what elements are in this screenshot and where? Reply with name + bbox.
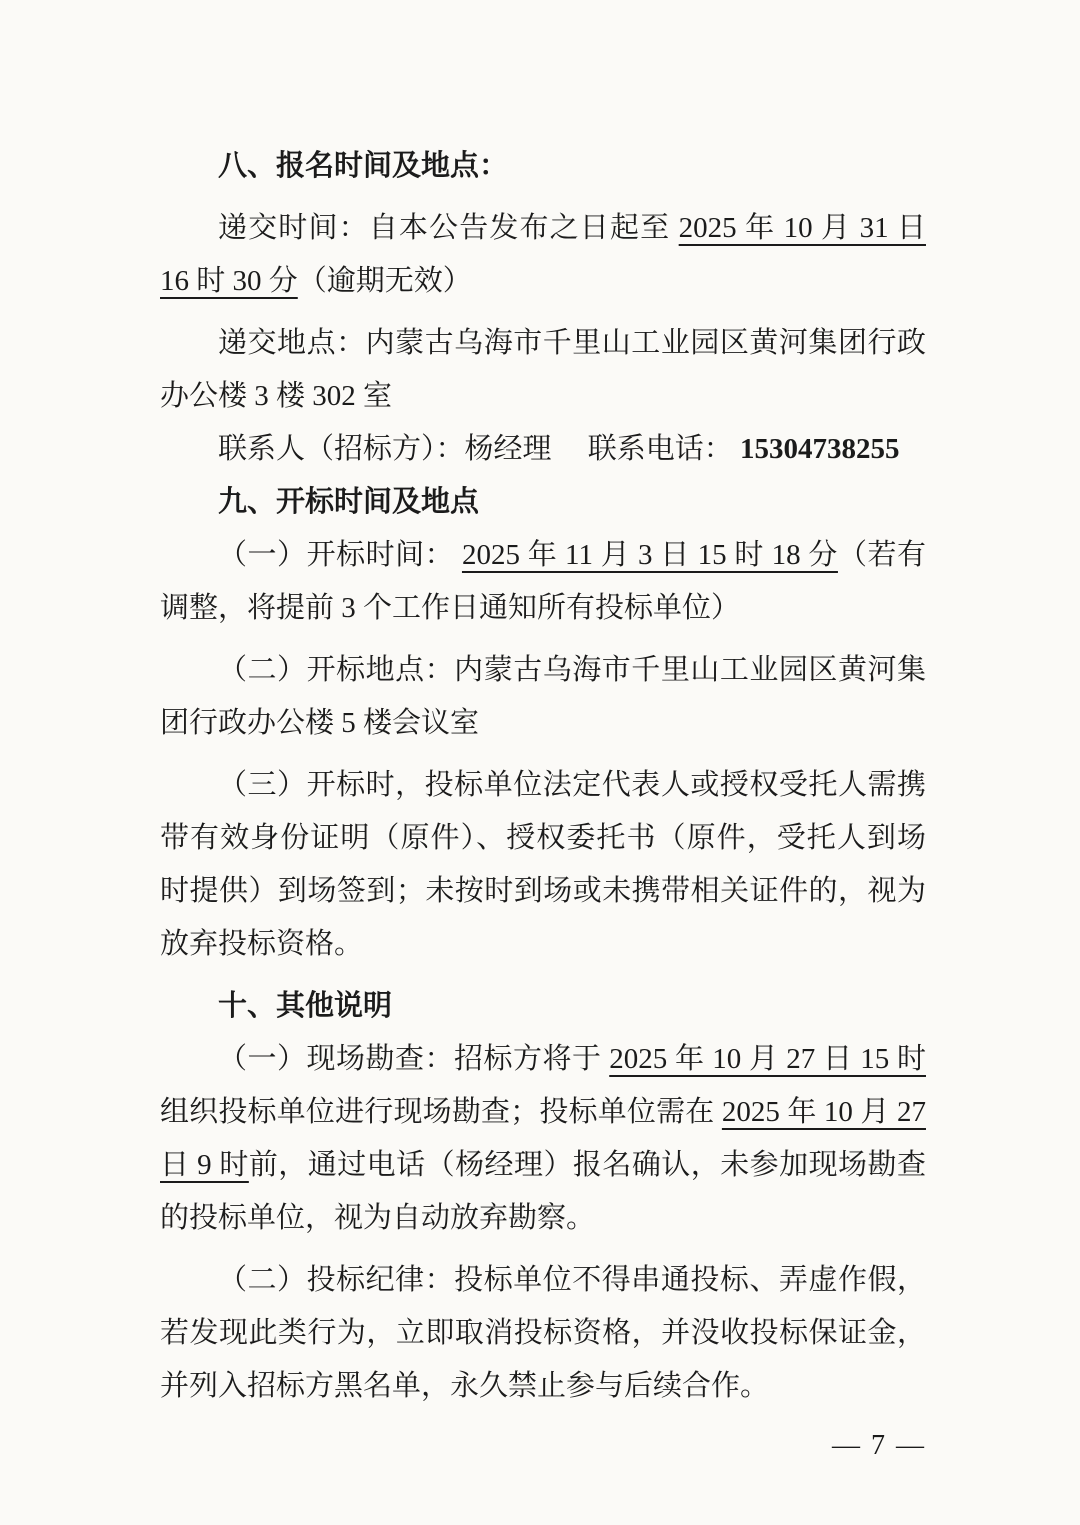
bidding-discipline-line-2: 若发现此类行为，立即取消投标资格，并没收投标保证金， [160,1307,926,1360]
scanned-document-page: 八、报名时间及地点： 递交时间：自本公告发布之日起至 2025 年 10 月 3… [0,0,1080,1525]
contact-phone: 15304738255 [740,433,900,465]
opening-venue-line-1: （二）开标地点：内蒙古乌海市千里山工业园区黄河集 [160,644,926,697]
discipline-text: 若发现此类行为，立即取消投标资格，并没收投标保证金， [160,1317,926,1349]
site-survey-date: 2025 年 10 月 27 日 15 时 [609,1043,926,1075]
site-survey-line-2: 组织投标单位进行现场勘查；投标单位需在 2025 年 10 月 27 [160,1086,926,1139]
page-number-label: — 7 — [832,1430,926,1461]
submission-address-line-1: 递交地点：内蒙古乌海市千里山工业园区黄河集团行政 [160,317,926,370]
heading-text: 八、报名时间及地点： [218,150,508,182]
contact-label: 联系人（招标方）：杨经理 联系电话： [218,433,740,465]
submission-deadline-date: 2025 年 10 月 31 日 [679,212,926,244]
requirements-text: 时提供）到场签到；未按时到场或未携带相关证件的，视为 [160,875,926,907]
overdue-note: （逾期无效） [298,265,472,297]
heading-section-nine: 九、开标时间及地点 [160,476,926,529]
opening-time-label: （一）开标时间： [218,539,462,571]
heading-section-ten: 十、其他说明 [160,980,926,1033]
opening-venue-text: （二）开标地点：内蒙古乌海市千里山工业园区黄河集 [218,654,926,686]
submission-deadline-time: 16 时 30 分 [160,265,298,297]
site-survey-label: （一）现场勘查：招标方将于 [218,1043,609,1075]
document-body: 八、报名时间及地点： 递交时间：自本公告发布之日起至 2025 年 10 月 3… [0,0,1080,1472]
opening-requirements-line-1: （三）开标时，投标单位法定代表人或授权受托人需携 [160,759,926,812]
heading-text: 九、开标时间及地点 [218,486,479,518]
requirements-text: 放弃投标资格。 [160,928,363,960]
requirements-text: 带有效身份证明（原件）、授权委托书（原件，受托人到场 [160,822,926,854]
opening-requirements-line-2: 带有效身份证明（原件）、授权委托书（原件，受托人到场 [160,812,926,865]
heading-text: 十、其他说明 [218,990,392,1022]
opening-venue-line-2: 团行政办公楼 5 楼会议室 [160,697,926,750]
opening-venue-room: 团行政办公楼 5 楼会议室 [160,707,479,739]
contact-line: 联系人（招标方）：杨经理 联系电话： 15304738255 [160,423,926,476]
site-survey-confirm-date: 2025 年 10 月 27 [722,1096,926,1128]
opening-time-line-2: 调整，将提前 3 个工作日通知所有投标单位） [160,582,926,635]
bidding-discipline-line-1: （二）投标纪律：投标单位不得串通投标、弄虚作假， [160,1254,926,1307]
submission-address-room: 办公楼 3 楼 302 室 [160,380,392,412]
submission-time-line-2: 16 时 30 分（逾期无效） [160,255,926,308]
site-survey-confirm-time: 日 9 时 [160,1149,249,1181]
site-survey-text: 组织投标单位进行现场勘查；投标单位需在 [160,1096,722,1128]
site-survey-line-4: 的投标单位，视为自动放弃勘察。 [160,1192,926,1245]
opening-time-note-start: （若有 [838,539,926,571]
bidding-discipline-line-3: 并列入招标方黑名单，永久禁止参与后续合作。 [160,1360,926,1413]
heading-section-eight: 八、报名时间及地点： [160,140,926,193]
site-survey-text: 的投标单位，视为自动放弃勘察。 [160,1202,595,1234]
submission-address-text: 递交地点：内蒙古乌海市千里山工业园区黄河集团行政 [218,327,926,359]
discipline-text: 并列入招标方黑名单，永久禁止参与后续合作。 [160,1370,769,1402]
site-survey-line-1: （一）现场勘查：招标方将于 2025 年 10 月 27 日 15 时 [160,1033,926,1086]
opening-time-date: 2025 年 11 月 3 日 15 时 18 分 [462,539,838,571]
submission-address-line-2: 办公楼 3 楼 302 室 [160,370,926,423]
discipline-text: （二）投标纪律：投标单位不得串通投标、弄虚作假， [218,1264,926,1296]
site-survey-line-3: 日 9 时前，通过电话（杨经理）报名确认，未参加现场勘查 [160,1139,926,1192]
site-survey-text: 前，通过电话（杨经理）报名确认，未参加现场勘查 [249,1149,926,1181]
opening-requirements-line-4: 放弃投标资格。 [160,918,926,971]
opening-requirements-line-3: 时提供）到场签到；未按时到场或未携带相关证件的，视为 [160,865,926,918]
opening-time-line-1: （一）开标时间： 2025 年 11 月 3 日 15 时 18 分（若有 [160,529,926,582]
page-number: — 7 — [160,1419,926,1472]
requirements-text: （三）开标时，投标单位法定代表人或授权受托人需携 [218,769,926,801]
submission-time-label: 递交时间：自本公告发布之日起至 [218,212,679,244]
opening-time-note-end: 调整，将提前 3 个工作日通知所有投标单位） [160,592,740,624]
submission-time-line-1: 递交时间：自本公告发布之日起至 2025 年 10 月 31 日 [160,202,926,255]
